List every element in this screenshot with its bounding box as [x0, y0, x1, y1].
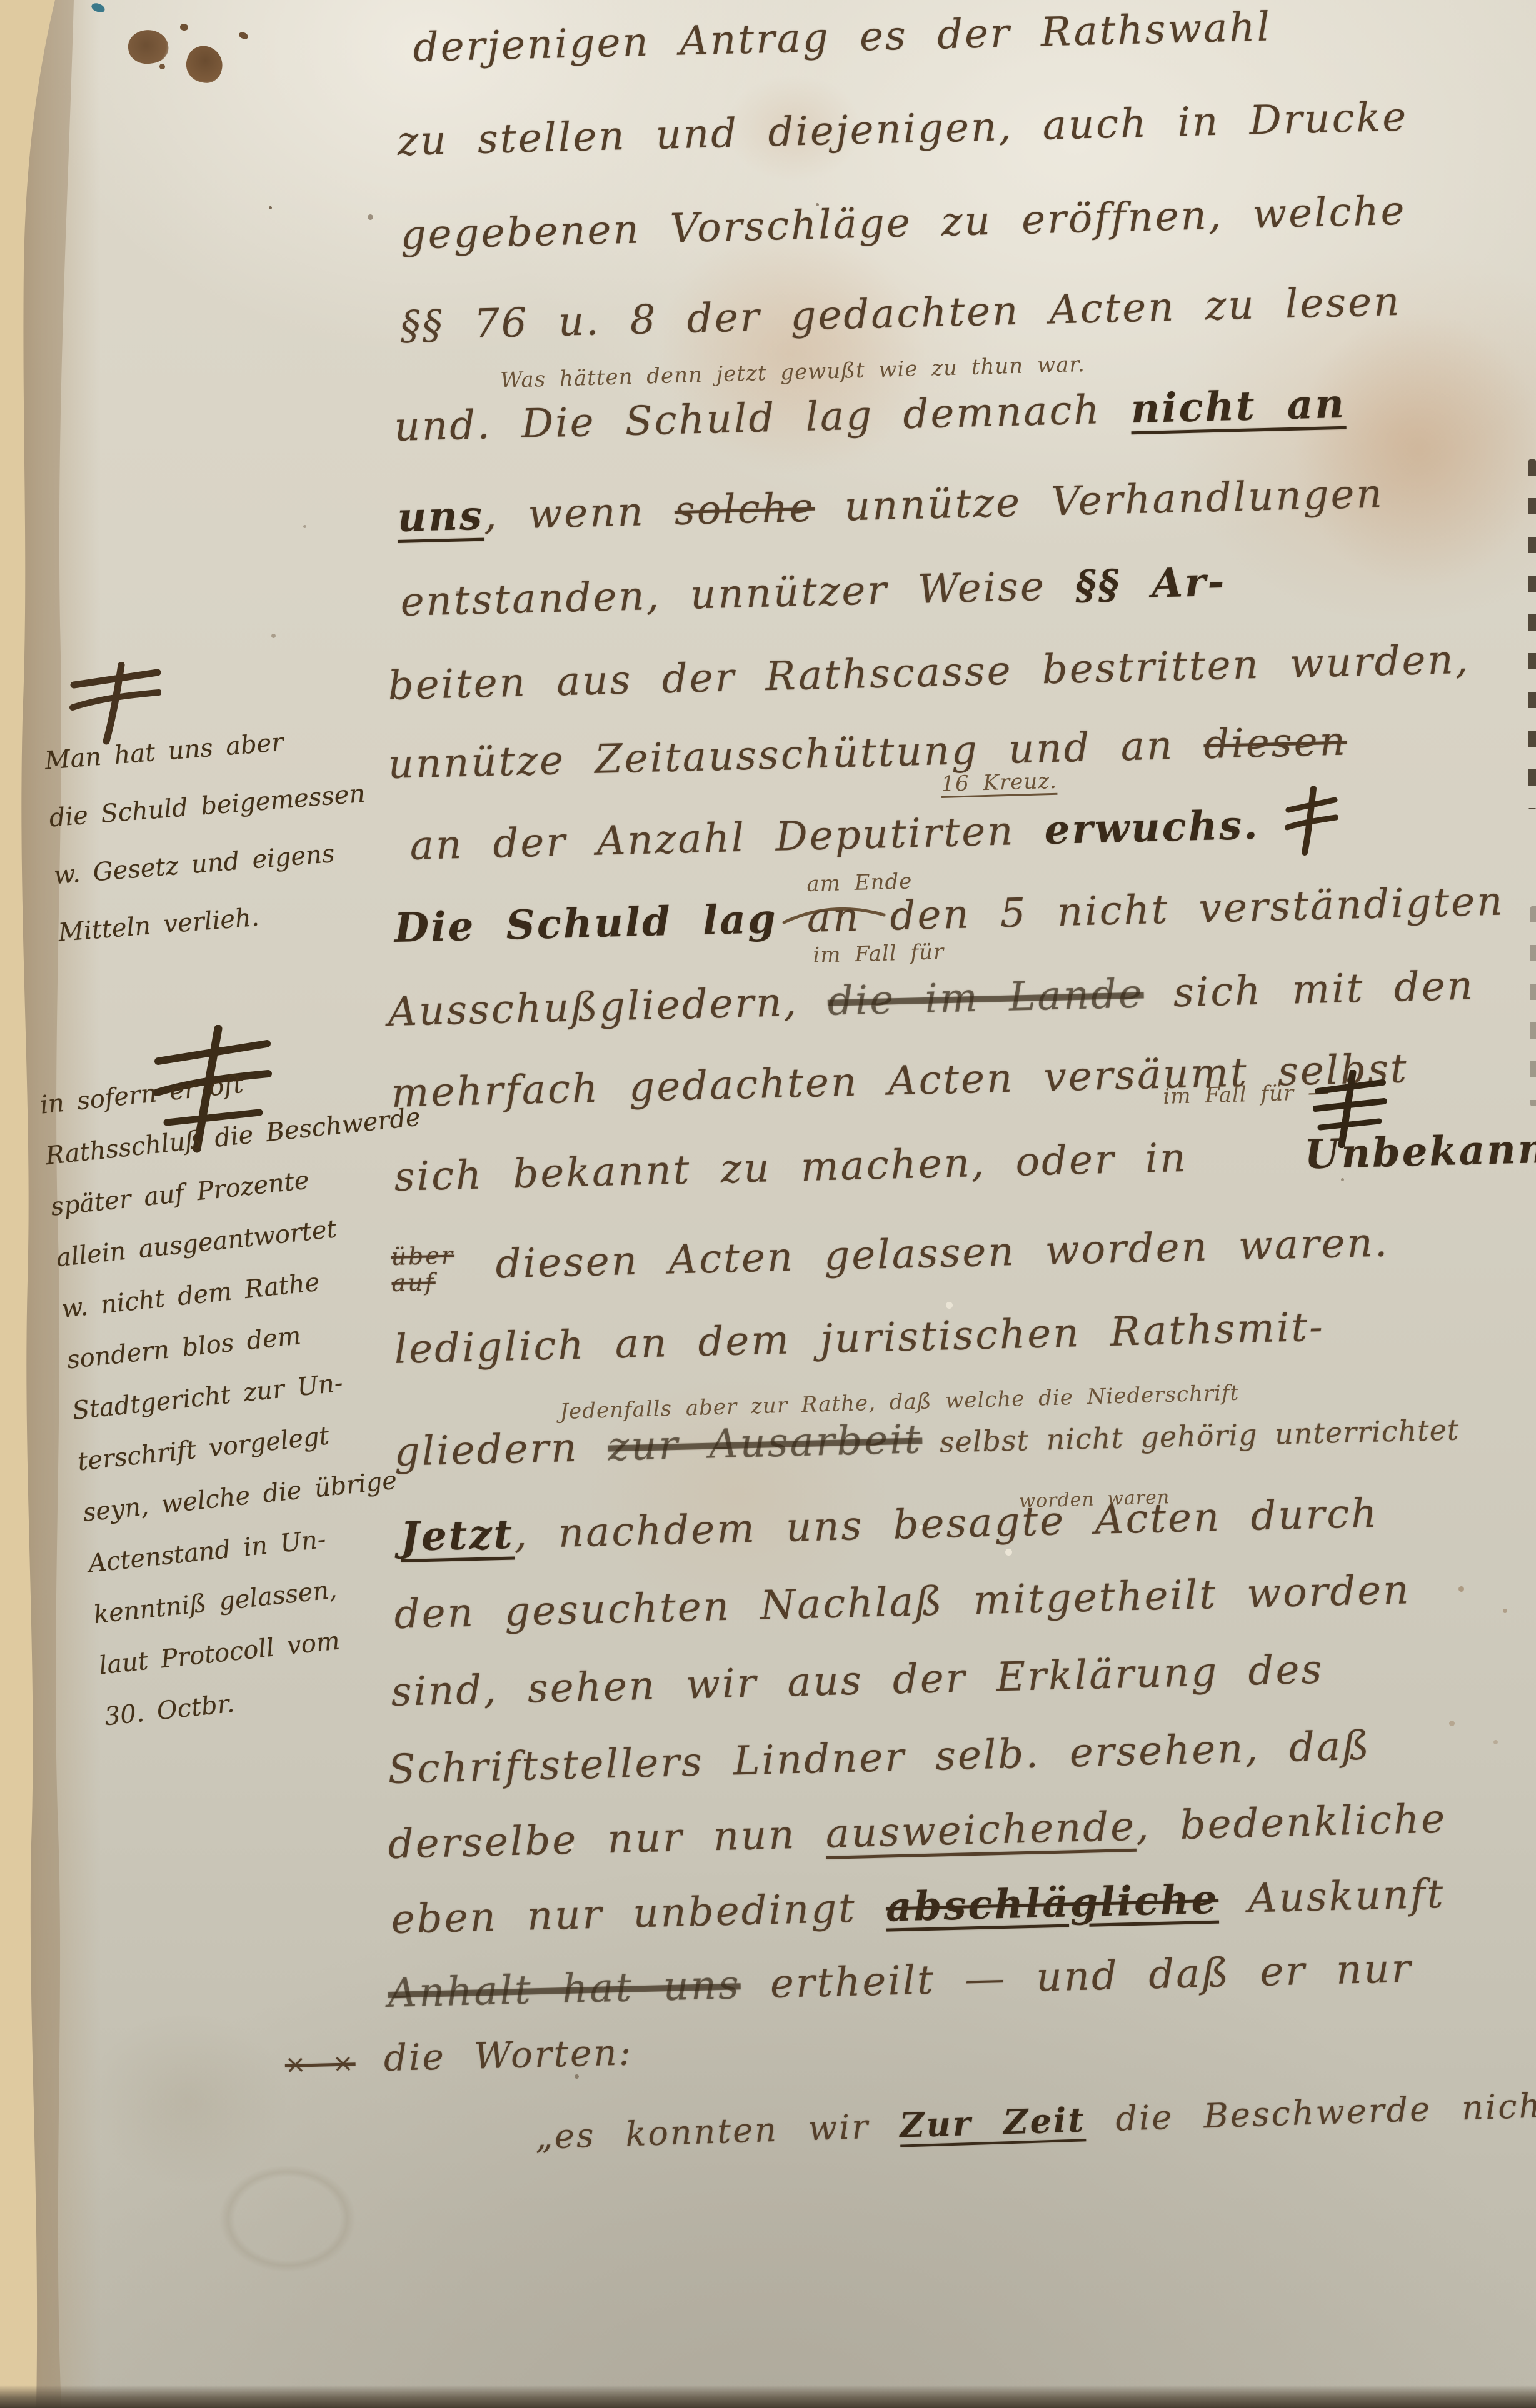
line-text: entstanden, unnützer Weise [400, 563, 1076, 626]
underlined-words: nicht an [1130, 381, 1347, 432]
struck-words: Anhalt hat uns [388, 1962, 741, 2017]
handwritten-line: derselbe nur nun ausweichende, bedenklic… [388, 1799, 1447, 1865]
handwritten-line: sind, sehen wir aus der Erklärung des [391, 1650, 1324, 1712]
struck-word: diesen [1203, 719, 1348, 769]
struck-words: die im Lande [827, 971, 1145, 1024]
handwritten-line: „es konnten wir Zur Zeit die Beschwerde … [535, 2088, 1536, 2154]
faint-ring-stain [200, 2150, 375, 2287]
line-text: , bedenkliche [1135, 1796, 1447, 1850]
ink-specks [269, 206, 272, 209]
handwritten-line: sich bekannt zu machen, oder in Unbekann… [394, 1125, 1536, 1197]
line-text: „es konnten wir [535, 2106, 900, 2157]
struck-word: auf [391, 1269, 455, 1296]
crossed-marks: × × [284, 2049, 356, 2079]
underlined-word: ausweichende [825, 1804, 1137, 1857]
handwritten-line: Jetzt, nachdem uns besagte Acten durch [400, 1494, 1379, 1557]
ink-blot [126, 27, 171, 66]
line-text: unnütze Zeitausschüttung und an [388, 722, 1204, 788]
line-text: sich bekannt zu machen, oder in [394, 1134, 1218, 1201]
binding-marks [1528, 459, 1536, 809]
handwritten-line: Schriftstellers Lindner selb. ersehen, d… [388, 1726, 1372, 1790]
line-text: und. Die Schuld lag demnach [394, 386, 1132, 451]
handwritten-line: Anhalt hat uns ertheilt — und daß er nur [388, 1949, 1413, 2014]
line-text: , wenn [483, 488, 675, 539]
handwritten-line: an der Anzahl Deputirten erwuchs. [409, 806, 1260, 866]
handwritten-line: unnütze Zeitausschüttung und an diesen [388, 722, 1347, 785]
line-text: beiten aus der Rathscasse bestritten wur… [388, 637, 1470, 709]
ink-blot [159, 64, 165, 69]
line-text: Auskunft [1218, 1871, 1445, 1923]
underlined-words: Zur Zeit [899, 2099, 1086, 2145]
struck-word: über [391, 1242, 454, 1270]
handwritten-line: uns, wenn solche unnütze Verhandlungen [397, 474, 1384, 538]
struck-stacked-words: überauf [391, 1242, 455, 1296]
ink-blot [183, 42, 226, 86]
binding-marks [1530, 906, 1536, 1106]
handwritten-line: Die Schuld lag an den 5 nicht verständig… [394, 882, 1505, 949]
line-text: an der Anzahl Deputirten [409, 807, 1045, 869]
handwritten-line: Ausschußgliedern, die im Lande sich mit … [388, 966, 1475, 1032]
line-text: derjenigen Antrag es der Rathswahl [413, 4, 1272, 71]
page-bottom-shadow [0, 2385, 1536, 2408]
interlinear-insertion: am Ende [806, 871, 913, 895]
line-text: gegebenen Vorschläge zu eröffnen, welche [400, 188, 1407, 259]
line-text: ertheilt — und daß er nur [740, 1946, 1413, 2008]
underlined-word: Jetzt [400, 1511, 515, 1561]
line-text: erwuchs. [1044, 802, 1260, 854]
paper-stain [1294, 312, 1536, 587]
line-text: derselbe nur nun [388, 1811, 826, 1868]
handwritten-line: §§ 76 u. 8 der gedachten Acten zu lesen [400, 282, 1402, 346]
struck-words: zur Ausarbeit [608, 1416, 923, 1470]
line-text: diesen Acten gelassen worden waren. [465, 1219, 1389, 1288]
line-text: lediglich an dem juristischen Rathsmit- [394, 1304, 1325, 1373]
handwritten-line: gegebenen Vorschläge zu eröffnen, welche [400, 191, 1407, 256]
interlinear-insertion: 16 Kreuz. [941, 771, 1057, 795]
line-text: , nachdem uns besagte Acten durch [513, 1491, 1379, 1558]
handwritten-line: den gesuchten Nachlaß mitgetheilt worden [394, 1570, 1411, 1635]
interlinear-insertion: im Fall für — [1163, 1082, 1330, 1107]
line-text: unnütze Verhandlungen [815, 471, 1385, 531]
line-text: zu stellen und diejenigen, auch in Druck… [397, 94, 1408, 165]
ink-blot [238, 31, 249, 41]
line-text: selbst nicht gehörig unterrichtet [922, 1412, 1460, 1459]
handwritten-line: überauf diesen Acten gelassen worden war… [391, 1219, 1390, 1296]
handwritten-line: eben nur unbedingt abschlägliche Auskunf… [391, 1874, 1445, 1940]
line-text: die Beschwerde nicht [1085, 2086, 1536, 2140]
line-text: Schriftstellers Lindner selb. ersehen, d… [388, 1723, 1372, 1793]
line-text: die Worten: [355, 2031, 633, 2080]
handwritten-line: beiten aus der Rathscasse bestritten wur… [388, 640, 1470, 706]
handwritten-line: lediglich an dem juristischen Rathsmit- [394, 1307, 1325, 1370]
line-text: Ausschußgliedern, [388, 979, 828, 1036]
handwritten-line: gliedern zur Ausarbeit selbst nicht gehö… [394, 1406, 1460, 1472]
emphasized-text: §§ Ar- [1075, 559, 1227, 609]
interlinear-insertion: im Fall für [813, 941, 945, 966]
line-text: eben nur unbedingt [391, 1885, 886, 1943]
line-text: den gesuchten Nachlaß mitgetheilt worden [394, 1567, 1411, 1638]
ink-blot [180, 24, 188, 31]
line-text: gliedern [394, 1424, 608, 1476]
line-text: sich mit den [1143, 963, 1475, 1017]
line-text: sind, sehen wir aus der Erklärung des [391, 1647, 1324, 1716]
handwritten-line: entstanden, unnützer Weise §§ Ar- [400, 562, 1227, 622]
manuscript-page: Man hat uns aber die Schuld beigemessen … [0, 0, 1536, 2408]
margin-note: Man hat uns aber die Schuld beigemessen … [43, 707, 376, 962]
reference-cross-icon [1285, 785, 1338, 857]
struck-underlined-word: abschlägliche [885, 1876, 1219, 1931]
handwritten-line: und. Die Schuld lag demnach nicht an [394, 384, 1347, 447]
line-text: Die Schuld lag [394, 896, 778, 952]
handwritten-line: derjenigen Antrag es der Rathswahl [413, 7, 1272, 68]
handwritten-line: zu stellen und diejenigen, auch in Druck… [397, 97, 1408, 161]
struck-word: solche [674, 485, 816, 534]
underlined-word: uns [397, 492, 484, 541]
handwritten-line: × × die Worten: [284, 2034, 633, 2079]
